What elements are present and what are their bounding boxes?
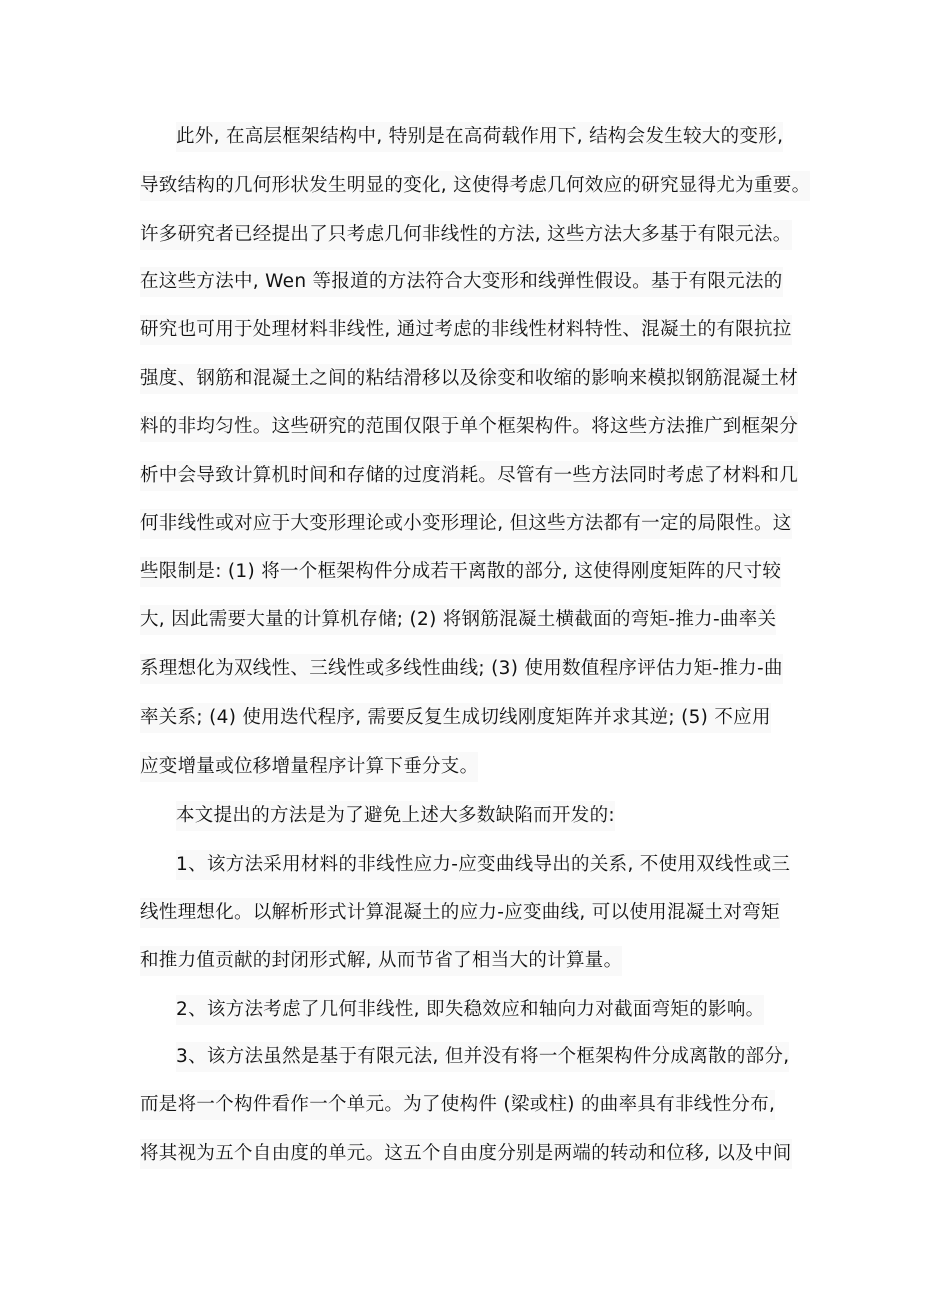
text-line: 强度、钢筋和混凝土之间的粘结滑移以及徐变和收缩的影响来模拟钢筋混凝土材 bbox=[140, 364, 798, 394]
text-line: 许多研究者已经提出了只考虑几何非线性的方法, 这些方法大多基于有限元法。 bbox=[140, 220, 792, 250]
text-line: 和推力值贡献的封闭形式解, 从而节省了相当大的计算量。 bbox=[140, 946, 622, 976]
text-line: 而是将一个构件看作一个单元。为了使构件 (梁或柱) 的曲率具有非线性分布, bbox=[140, 1090, 775, 1120]
text-line: 率关系; (4) 使用迭代程序, 需要反复生成切线刚度矩阵并求其逆; (5) 不… bbox=[140, 703, 771, 733]
text-line: 此外, 在高层框架结构中, 特别是在高荷载作用下, 结构会发生较大的变形, bbox=[176, 122, 783, 152]
text-line: 1、该方法采用材料的非线性应力-应变曲线导出的关系, 不使用双线性或三 bbox=[176, 850, 790, 880]
text-line: 2、该方法考虑了几何非线性, 即失稳效应和轴向力对截面弯矩的影响。 bbox=[176, 995, 764, 1025]
text-line: 研究也可用于处理材料非线性, 通过考虑的非线性材料特性、混凝土的有限抗拉 bbox=[140, 315, 792, 345]
text-line: 大, 因此需要大量的计算机存储; (2) 将钢筋混凝土横截面的弯矩-推力-曲率关 bbox=[140, 605, 776, 635]
text-line: 导致结构的几何形状发生明显的变化, 这使得考虑几何效应的研究显得尤为重要。 bbox=[140, 171, 810, 201]
text-line: 应变增量或位移增量程序计算下垂分支。 bbox=[140, 752, 478, 782]
text-line: 在这些方法中, Wen 等报道的方法符合大变形和线弹性假设。基于有限元法的 bbox=[140, 267, 783, 297]
text-line: 料的非均匀性。这些研究的范围仅限于单个框架构件。将这些方法推广到框架分 bbox=[140, 412, 798, 442]
text-line: 何非线性或对应于大变形理论或小变形理论, 但这些方法都有一定的局限性。这 bbox=[140, 509, 792, 539]
text-line: 线性理想化。以解析形式计算混凝土的应力-应变曲线, 可以使用混凝土对弯矩 bbox=[140, 898, 780, 928]
text-line: 将其视为五个自由度的单元。这五个自由度分别是两端的转动和位移, 以及中间 bbox=[140, 1139, 792, 1169]
text-line: 本文提出的方法是为了避免上述大多数缺陷而开发的: bbox=[176, 801, 615, 831]
text-line: 析中会导致计算机时间和存储的过度消耗。尽管有一些方法同时考虑了材料和几 bbox=[140, 461, 798, 491]
text-line: 系理想化为双线性、三线性或多线性曲线; (3) 使用数值程序评估力矩-推力-曲 bbox=[140, 654, 783, 684]
text-line: 3、该方法虽然是基于有限元法, 但并没有将一个框架构件分成离散的部分, bbox=[176, 1042, 789, 1072]
text-line: 些限制是: (1) 将一个框架构件分成若干离散的部分, 这使得刚度矩阵的尺寸较 bbox=[140, 557, 781, 587]
document-page: 此外, 在高层框架结构中, 特别是在高荷载作用下, 结构会发生较大的变形, 导致… bbox=[0, 0, 926, 1309]
